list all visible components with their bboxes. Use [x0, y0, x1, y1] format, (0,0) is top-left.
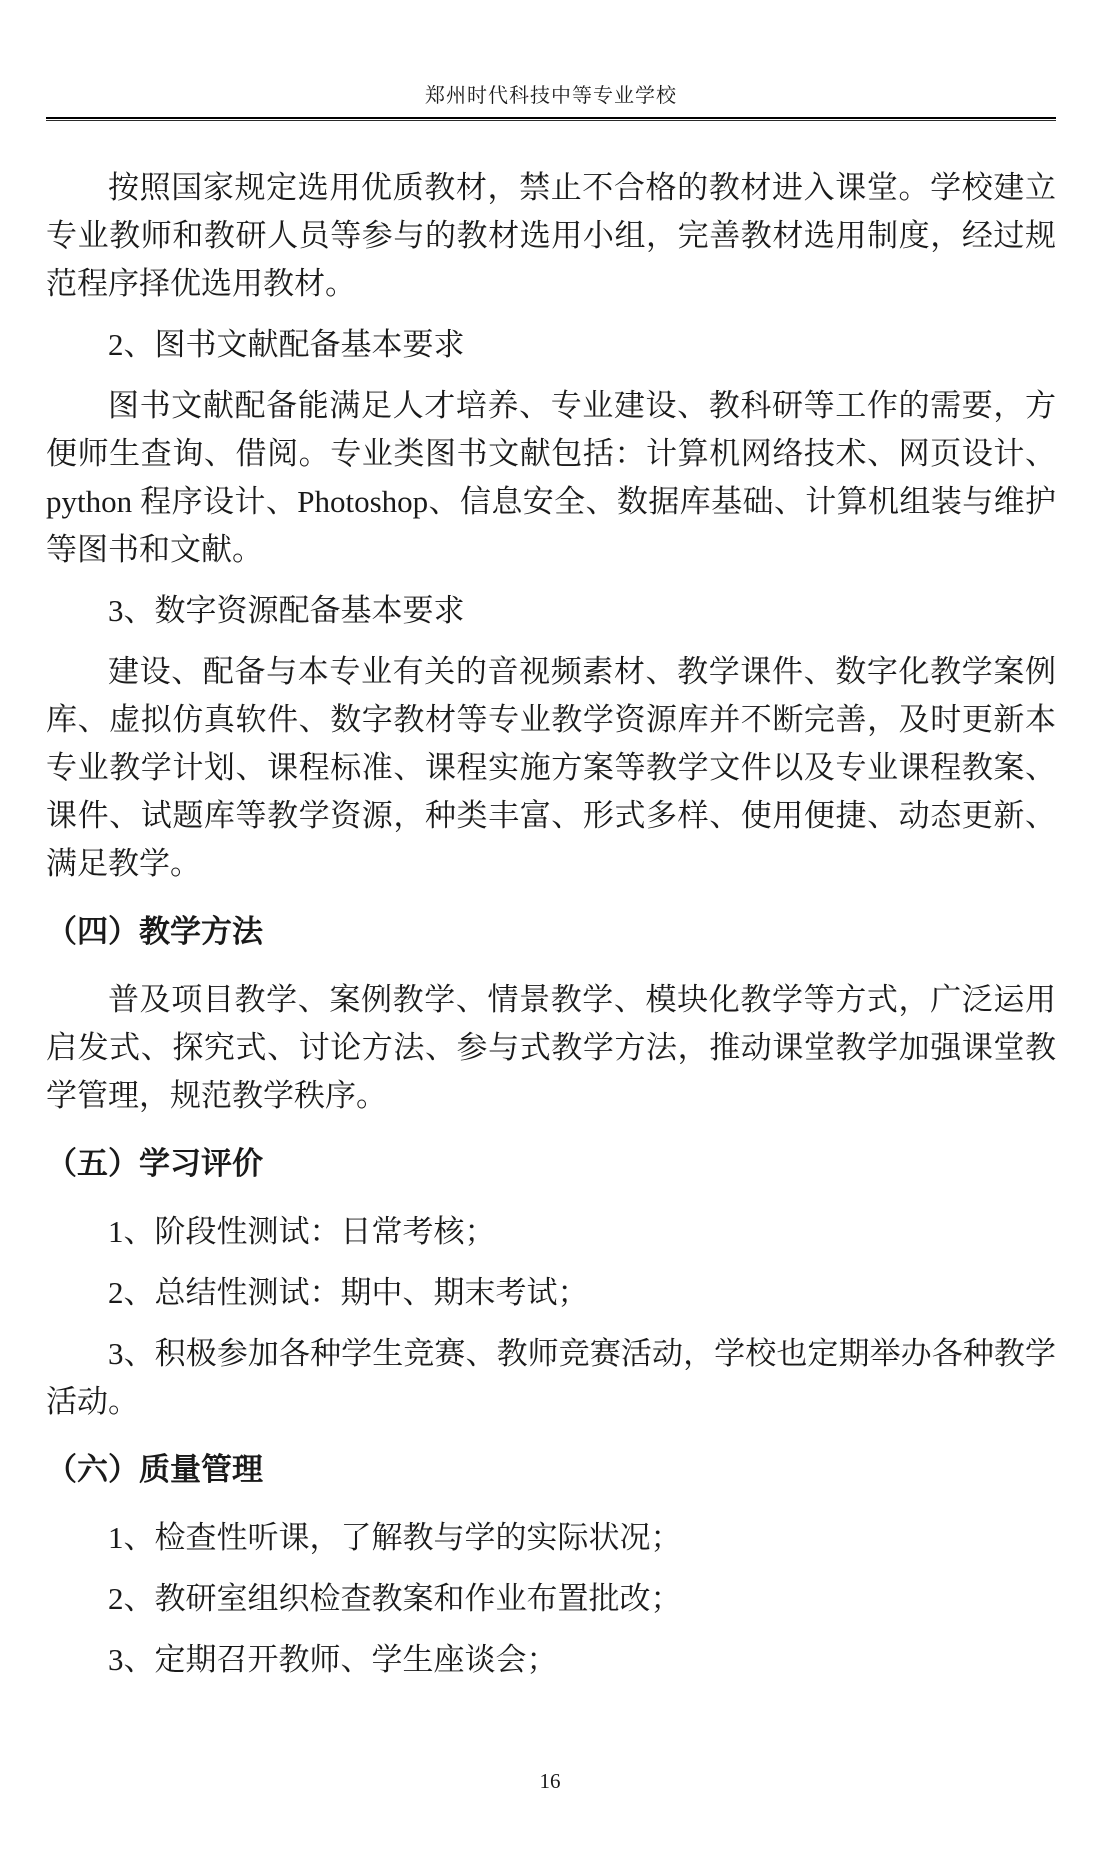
header-rule	[46, 117, 1056, 121]
paragraph-evaluation-item-3: 3、积极参加各种学生竞赛、教师竞赛活动，学校也定期举办各种教学活动。	[46, 1330, 1056, 1426]
paragraph-quality-item-2: 2、教研室组织检查教案和作业布置批改；	[46, 1575, 1056, 1623]
section-heading-learning-evaluation: （五）学习评价	[46, 1140, 1056, 1188]
paragraph-teaching-methods-detail: 普及项目教学、案例教学、情景教学、模块化教学等方式，广泛运用启发式、探究式、讨论…	[46, 976, 1056, 1120]
header-school-name: 郑州时代科技中等专业学校	[46, 0, 1056, 117]
section-heading-teaching-methods: （四）教学方法	[46, 908, 1056, 956]
paragraph-quality-item-3: 3、定期召开教师、学生座谈会；	[46, 1636, 1056, 1684]
paragraph-digital-resource-detail: 建设、配备与本专业有关的音视频素材、教学课件、数字化教学案例库、虚拟仿真软件、数…	[46, 648, 1056, 888]
section-heading-quality-management: （六）质量管理	[46, 1446, 1056, 1494]
page-number: 16	[540, 1769, 561, 1793]
document-body: 按照国家规定选用优质教材，禁止不合格的教材进入课堂。学校建立专业教师和教研人员等…	[46, 122, 1056, 1697]
paragraph-item-library-requirement-title: 2、图书文献配备基本要求	[46, 321, 1056, 369]
paragraph-evaluation-item-2: 2、总结性测试：期中、期末考试；	[46, 1269, 1056, 1317]
document-page: 郑州时代科技中等专业学校 按照国家规定选用优质教材，禁止不合格的教材进入课堂。学…	[0, 0, 1100, 1871]
paragraph-library-requirement-detail: 图书文献配备能满足人才培养、专业建设、教科研等工作的需要，方便师生查询、借阅。专…	[46, 382, 1056, 574]
paragraph-textbook-selection: 按照国家规定选用优质教材，禁止不合格的教材进入课堂。学校建立专业教师和教研人员等…	[46, 164, 1056, 308]
page-header: 郑州时代科技中等专业学校	[46, 0, 1056, 121]
paragraph-evaluation-item-1: 1、阶段性测试：日常考核；	[46, 1208, 1056, 1256]
paragraph-quality-item-1: 1、检查性听课，了解教与学的实际状况；	[46, 1514, 1056, 1562]
page-footer: 16	[0, 1768, 1100, 1794]
paragraph-item-digital-resource-title: 3、数字资源配备基本要求	[46, 587, 1056, 635]
